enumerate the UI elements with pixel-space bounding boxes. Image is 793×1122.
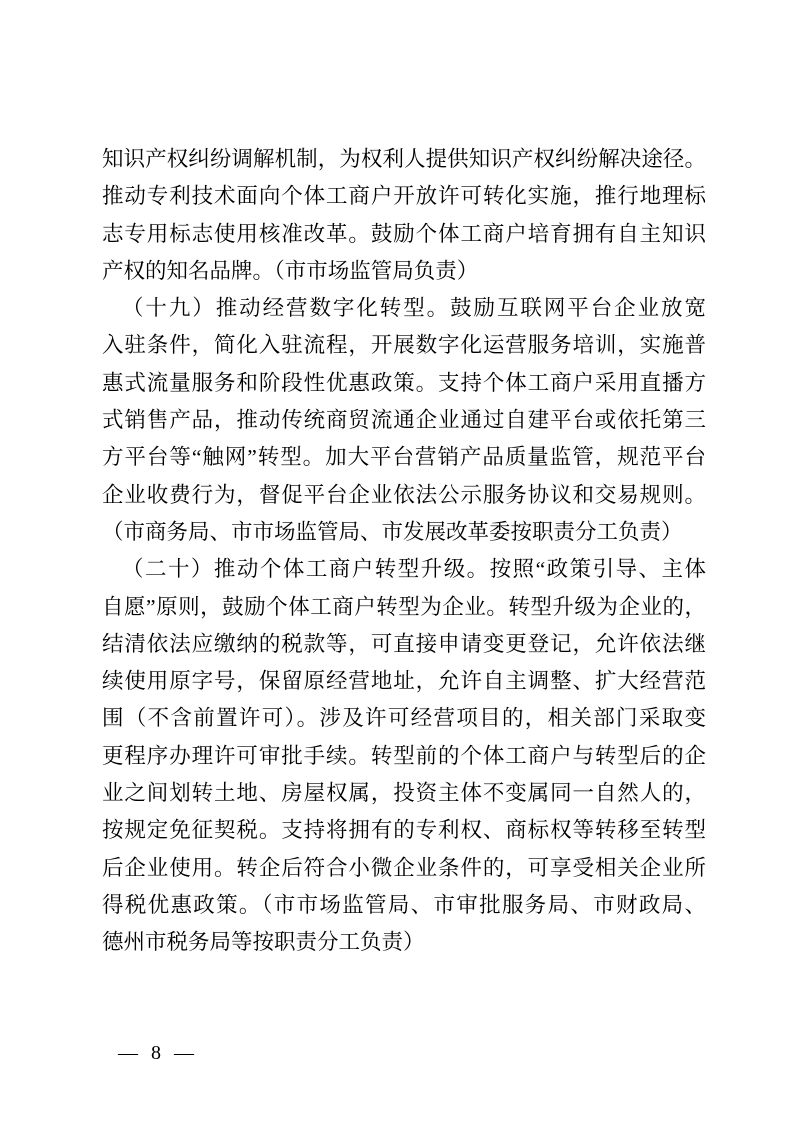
- paragraph-item-19: （十九）推动经营数字化转型。鼓励互联网平台企业放宽 入驻条件，简化入驻流程，开展…: [102, 290, 706, 551]
- text-line: 惠式流量服务和阶段性优惠政策。支持个体工商户采用直播方: [102, 365, 706, 402]
- text-line: 入驻条件，简化入驻流程，开展数字化运营服务培训，实施普: [102, 327, 706, 364]
- text-line: 按规定免征契税。支持将拥有的专利权、商标权等转移至转型: [102, 812, 706, 849]
- text-line: 式销售产品，推动传统商贸流通企业通过自建平台或依托第三: [102, 402, 706, 439]
- document-page: 知识产权纠纷调解机制，为权利人提供知识产权纠纷解决途径。 推动专利技术面向个体工…: [0, 0, 793, 1122]
- text-line: 续使用原字号，保留原经营地址，允许自主调整、扩大经营范: [102, 663, 706, 700]
- text-line: 推动专利技术面向个体工商户开放许可转化实施，推行地理标: [102, 178, 706, 215]
- text-line: 企业收费行为，督促平台企业依法公示服务协议和交易规则。: [102, 477, 706, 514]
- text-line: 产权的知名品牌。（市市场监管局负责）: [102, 253, 706, 290]
- text-line: 更程序办理许可审批手续。转型前的个体工商户与转型后的企: [102, 738, 706, 775]
- text-line: 业之间划转土地、房屋权属，投资主体不变属同一自然人的，: [102, 775, 706, 812]
- paragraph-item-20: （二十）推动个体工商户转型升级。按照“政策引导、主体 自愿”原则，鼓励个体工商户…: [102, 551, 706, 961]
- page-number: — 8 —: [118, 1041, 194, 1065]
- text-line: 德州市税务局等按职责分工负责）: [102, 924, 706, 961]
- text-line: 志专用标志使用核准改革。鼓励个体工商户培育拥有自主知识: [102, 216, 706, 253]
- text-line: 结清依法应缴纳的税款等，可直接申请变更登记，允许依法继: [102, 626, 706, 663]
- text-line: （十九）推动经营数字化转型。鼓励互联网平台企业放宽: [102, 290, 706, 327]
- text-line: 自愿”原则，鼓励个体工商户转型为企业。转型升级为企业的，: [102, 589, 706, 626]
- text-line: 围（不含前置许可）。涉及许可经营项目的，相关部门采取变: [102, 700, 706, 737]
- text-line: （二十）推动个体工商户转型升级。按照“政策引导、主体: [102, 551, 706, 588]
- document-body: 知识产权纠纷调解机制，为权利人提供知识产权纠纷解决途径。 推动专利技术面向个体工…: [102, 141, 706, 962]
- paragraph-continuation: 知识产权纠纷调解机制，为权利人提供知识产权纠纷解决途径。 推动专利技术面向个体工…: [102, 141, 706, 290]
- text-line: 知识产权纠纷调解机制，为权利人提供知识产权纠纷解决途径。: [102, 141, 706, 178]
- text-line: 后企业使用。转企后符合小微企业条件的，可享受相关企业所: [102, 850, 706, 887]
- text-line: 得税优惠政策。（市市场监管局、市审批服务局、市财政局、: [102, 887, 706, 924]
- text-line: （市商务局、市市场监管局、市发展改革委按职责分工负责）: [102, 514, 706, 551]
- text-line: 方平台等“触网”转型。加大平台营销产品质量监管，规范平台: [102, 439, 706, 476]
